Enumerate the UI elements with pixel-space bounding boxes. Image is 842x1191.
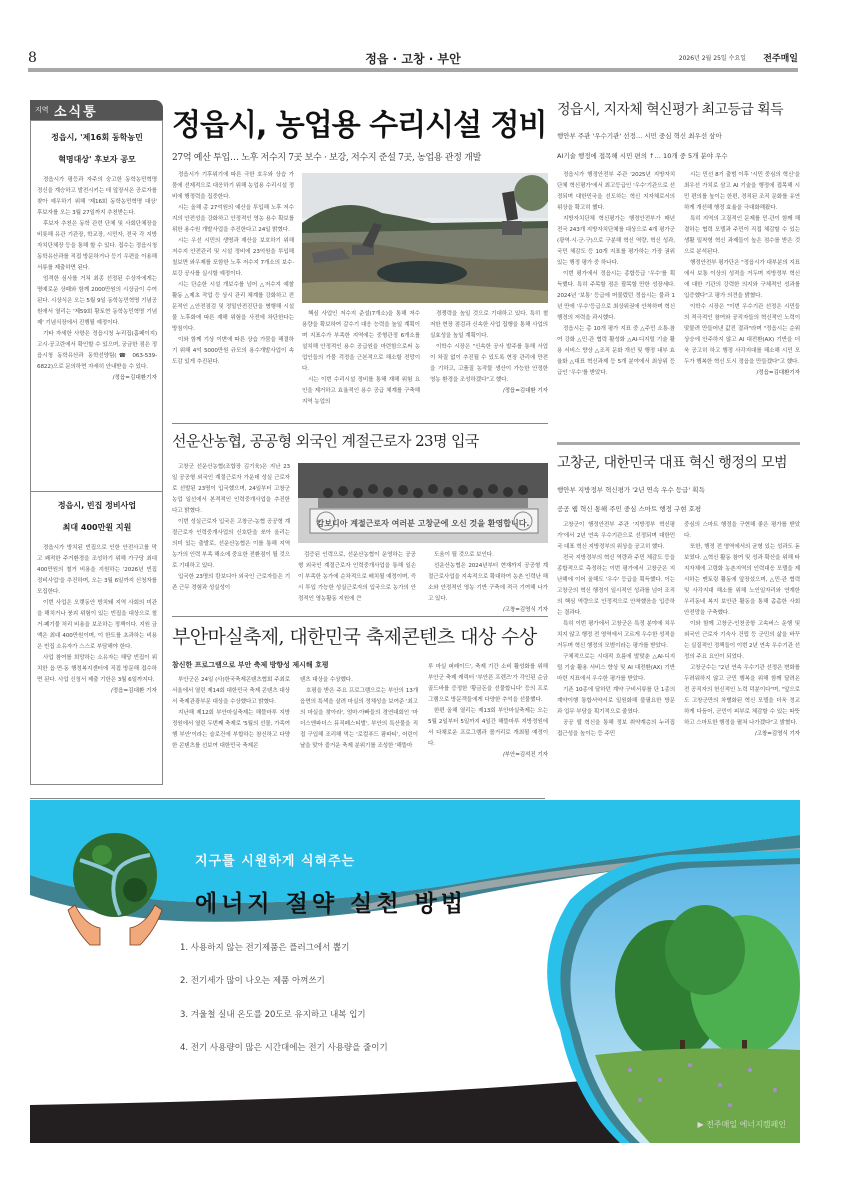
- seonunsan-col-3: 도움이 될 것으로 보인다. 선운산농협은 2024년부터 현재까지 공공형 계…: [428, 550, 548, 616]
- section-divider: [172, 616, 548, 617]
- byline: /정읍=김대환 기자: [430, 386, 548, 397]
- byline: /정읍=김대환기자: [37, 373, 157, 381]
- photo-image: [302, 173, 548, 303]
- gochang-subheadline-2: 공공 웹 혁신 통해 주민 중심 스마트 행정 구현 호평: [557, 504, 701, 513]
- main-article-col-1: 정읍시가 기후위기에 따른 극한 호우와 상습 가뭄에 선제적으로 대응하기 위…: [172, 170, 294, 368]
- byline: /정읍=김대환 기자: [37, 686, 157, 694]
- gochang-subheadline-1: 행안부 지방정부 혁신평가 '2년 연속 우수 등급' 획득: [557, 485, 705, 494]
- section-divider: [30, 798, 545, 799]
- sidebar-article-vacant-house[interactable]: 정읍시, 빈집 정비사업 최대 400만원 지원 정읍시가 방치된 빈집으로 인…: [37, 495, 157, 694]
- seonunsan-headline[interactable]: 선운산농협, 공공형 외국인 계절근로자 23명 입국: [172, 430, 479, 451]
- section-divider: [557, 442, 800, 445]
- ad-background: [30, 800, 800, 1143]
- byline: /고창=김영식 기자: [684, 729, 800, 740]
- photo-image: 캄보디아 계절근로자 여러분 고창군에 오신 것을 환영합니다.: [298, 463, 548, 543]
- gochang-col-2: 중심의 스마트 행정을 구현해 좋은 평가를 받았다. 또한, 행정 전 영역에…: [684, 520, 800, 740]
- ad-tip-2: 2. 전기세가 많이 나오는 제품 아껴쓰기: [180, 974, 325, 986]
- main-article-col-2: 핵심 사업인 저수지 준설(7개소)을 통해 저수 용량을 확보하여 갈수기 대…: [302, 309, 420, 408]
- reservoir-construction-photo: [302, 173, 548, 303]
- sidebar-box: 정읍시, '제16회 동학농민 혁명대상' 후보자 공모 정읍시가 평등과 자주…: [30, 120, 163, 785]
- buan-festival-headline[interactable]: 부안마실축제, 대한민국 축제콘텐츠 대상 수상: [172, 622, 537, 649]
- ad-tip-1: 1. 사용하지 않는 전기제품은 플러그에서 뽑기: [180, 941, 349, 953]
- sidebar-article-body: 정읍시가 평등과 자주의 숭고한 동학농민혁명 정신을 계승하고 발전시키는 데…: [37, 175, 157, 373]
- header-rule: [28, 68, 798, 72]
- sidebar-tab: 지역 소식통: [30, 100, 163, 120]
- ad-tip-4: 4. 전기 사용량이 많은 시간대에는 전기 사용량을 줄이기: [180, 1041, 388, 1053]
- main-article-col-3: 경쟁력을 높일 것으로 기대하고 있다. 특히 철저한 현장 점검과 신속한 사…: [430, 309, 548, 397]
- sidebar-article-title: 혁명대상' 후보자 공모: [37, 149, 157, 171]
- issue-date: 2026년 2월 25일 수요일: [679, 53, 746, 62]
- sidebar-article-award[interactable]: 정읍시, '제16회 동학농민 혁명대상' 후보자 공모 정읍시가 평등과 자주…: [37, 127, 157, 381]
- section-divider: [172, 423, 548, 424]
- newspaper-name: 전주매일: [763, 51, 798, 64]
- ad-campaign-caption: ▶ 전주매일 에너지캠페인: [697, 1119, 786, 1130]
- sidebar-article-title: 정읍시, '제16회 동학농민: [37, 127, 157, 149]
- seonunsan-col-1: 고창군 선운산농협(조합장 김기육)은 지난 23일 공공형 외국인 계절근로자…: [172, 462, 290, 594]
- sidebar-tab-label: 소식통: [54, 101, 98, 120]
- byline: /부안=김석진 기자: [428, 750, 548, 761]
- regional-news-sidebar: 지역 소식통 정읍시, '제16회 동학농민 혁명대상' 후보자 공모 정읍시가…: [30, 100, 163, 800]
- innovation-headline[interactable]: 정읍시, 지자체 혁신평가 최고등급 획득: [557, 99, 783, 119]
- main-headline[interactable]: 정읍시, 농업용 수리시설 정비: [172, 100, 547, 144]
- workers-group-photo: 캄보디아 계절근로자 여러분 고창군에 오신 것을 환영합니다.: [298, 463, 548, 543]
- ad-tip-3: 3. 겨울철 실내 온도를 20도로 유지하고 내복 입기: [180, 1008, 366, 1020]
- ad-tagline: 지구를 시원하게 식혀주는: [195, 850, 355, 869]
- byline: /고창=김영식 기자: [428, 605, 548, 616]
- gochang-col-1: 고창군이 행정안전부 주관 '지방정부 혁신평가'에서 2년 연속 우수기관으로…: [557, 520, 675, 740]
- gochang-headline[interactable]: 고창군, 대한민국 대표 혁신 행정의 모범: [557, 452, 787, 472]
- innovation-subheadline-2: AI기술 행정에 접목해 시민 편의 ↑… 10개 중 5개 분야 우수: [557, 151, 728, 160]
- sidebar-article-title: 최대 400만원 지원: [37, 517, 157, 539]
- energy-campaign-ad[interactable]: 지구를 시원하게 식혀주는 에너지 절약 실천 방법 1. 사용하지 않는 전기…: [30, 800, 800, 1143]
- page-header: 8 정읍 · 고창 · 부안 2026년 2월 25일 수요일 전주매일: [28, 46, 798, 70]
- buan-col-2: 텐츠 대상을 수상했다. 호평을 받은 주요 프로그램으로는 부안의 13개 읍…: [300, 675, 418, 752]
- ad-headline: 에너지 절약 실천 방법: [195, 885, 467, 918]
- innovation-subheadline-1: 행안부 주관 '우수기관' 선정… 시민 중심 혁신 최우선 삼아: [557, 131, 722, 140]
- buan-col-3: 루 마실 퍼레이드', 축제 기간 소비 활성화를 위해 부안군 축제 캐릭터 …: [428, 662, 548, 761]
- sidebar-divider: [31, 491, 162, 492]
- buan-festival-subheadline: 참신한 프로그램으로 부안 축제 방향성 제시해 호평: [172, 660, 329, 670]
- sidebar-tab-label-small: 지역: [35, 105, 49, 115]
- main-subheadline: 27억 예산 투입… 노후 저수지 7곳 보수 · 보강, 저수지 준설 7곳,…: [172, 150, 481, 163]
- innovation-col-1: 정읍시가 행정안전부 주관 '2025년 지방자치단체 혁신평가'에서 최고등급…: [557, 170, 675, 379]
- photo-banner-text: 캄보디아 계절근로자 여러분 고창군에 오신 것을 환영합니다.: [317, 518, 530, 528]
- sidebar-article-title: 정읍시, 빈집 정비사업: [37, 495, 157, 517]
- byline: /정읍=김대환기자: [684, 368, 800, 379]
- innovation-col-2: 시는 민선 8기 출범 이후 '시민 중심의 혁신'을 최우선 가치로 삼고 A…: [684, 170, 800, 379]
- sidebar-article-body: 정읍시가 방치된 빈집으로 인한 안전사고를 막고 쾌적한 주거환경을 조성하기…: [37, 543, 157, 686]
- buan-col-1: 부안군은 24일 (사)한국축제콘텐츠협회 주최로 서울에서 열린 제14회 대…: [172, 675, 290, 752]
- seonunsan-col-2: 검증된 인력으로, 선운산농협이 운영하는 공공형 외국인 계절근로자 인력중개…: [298, 550, 416, 605]
